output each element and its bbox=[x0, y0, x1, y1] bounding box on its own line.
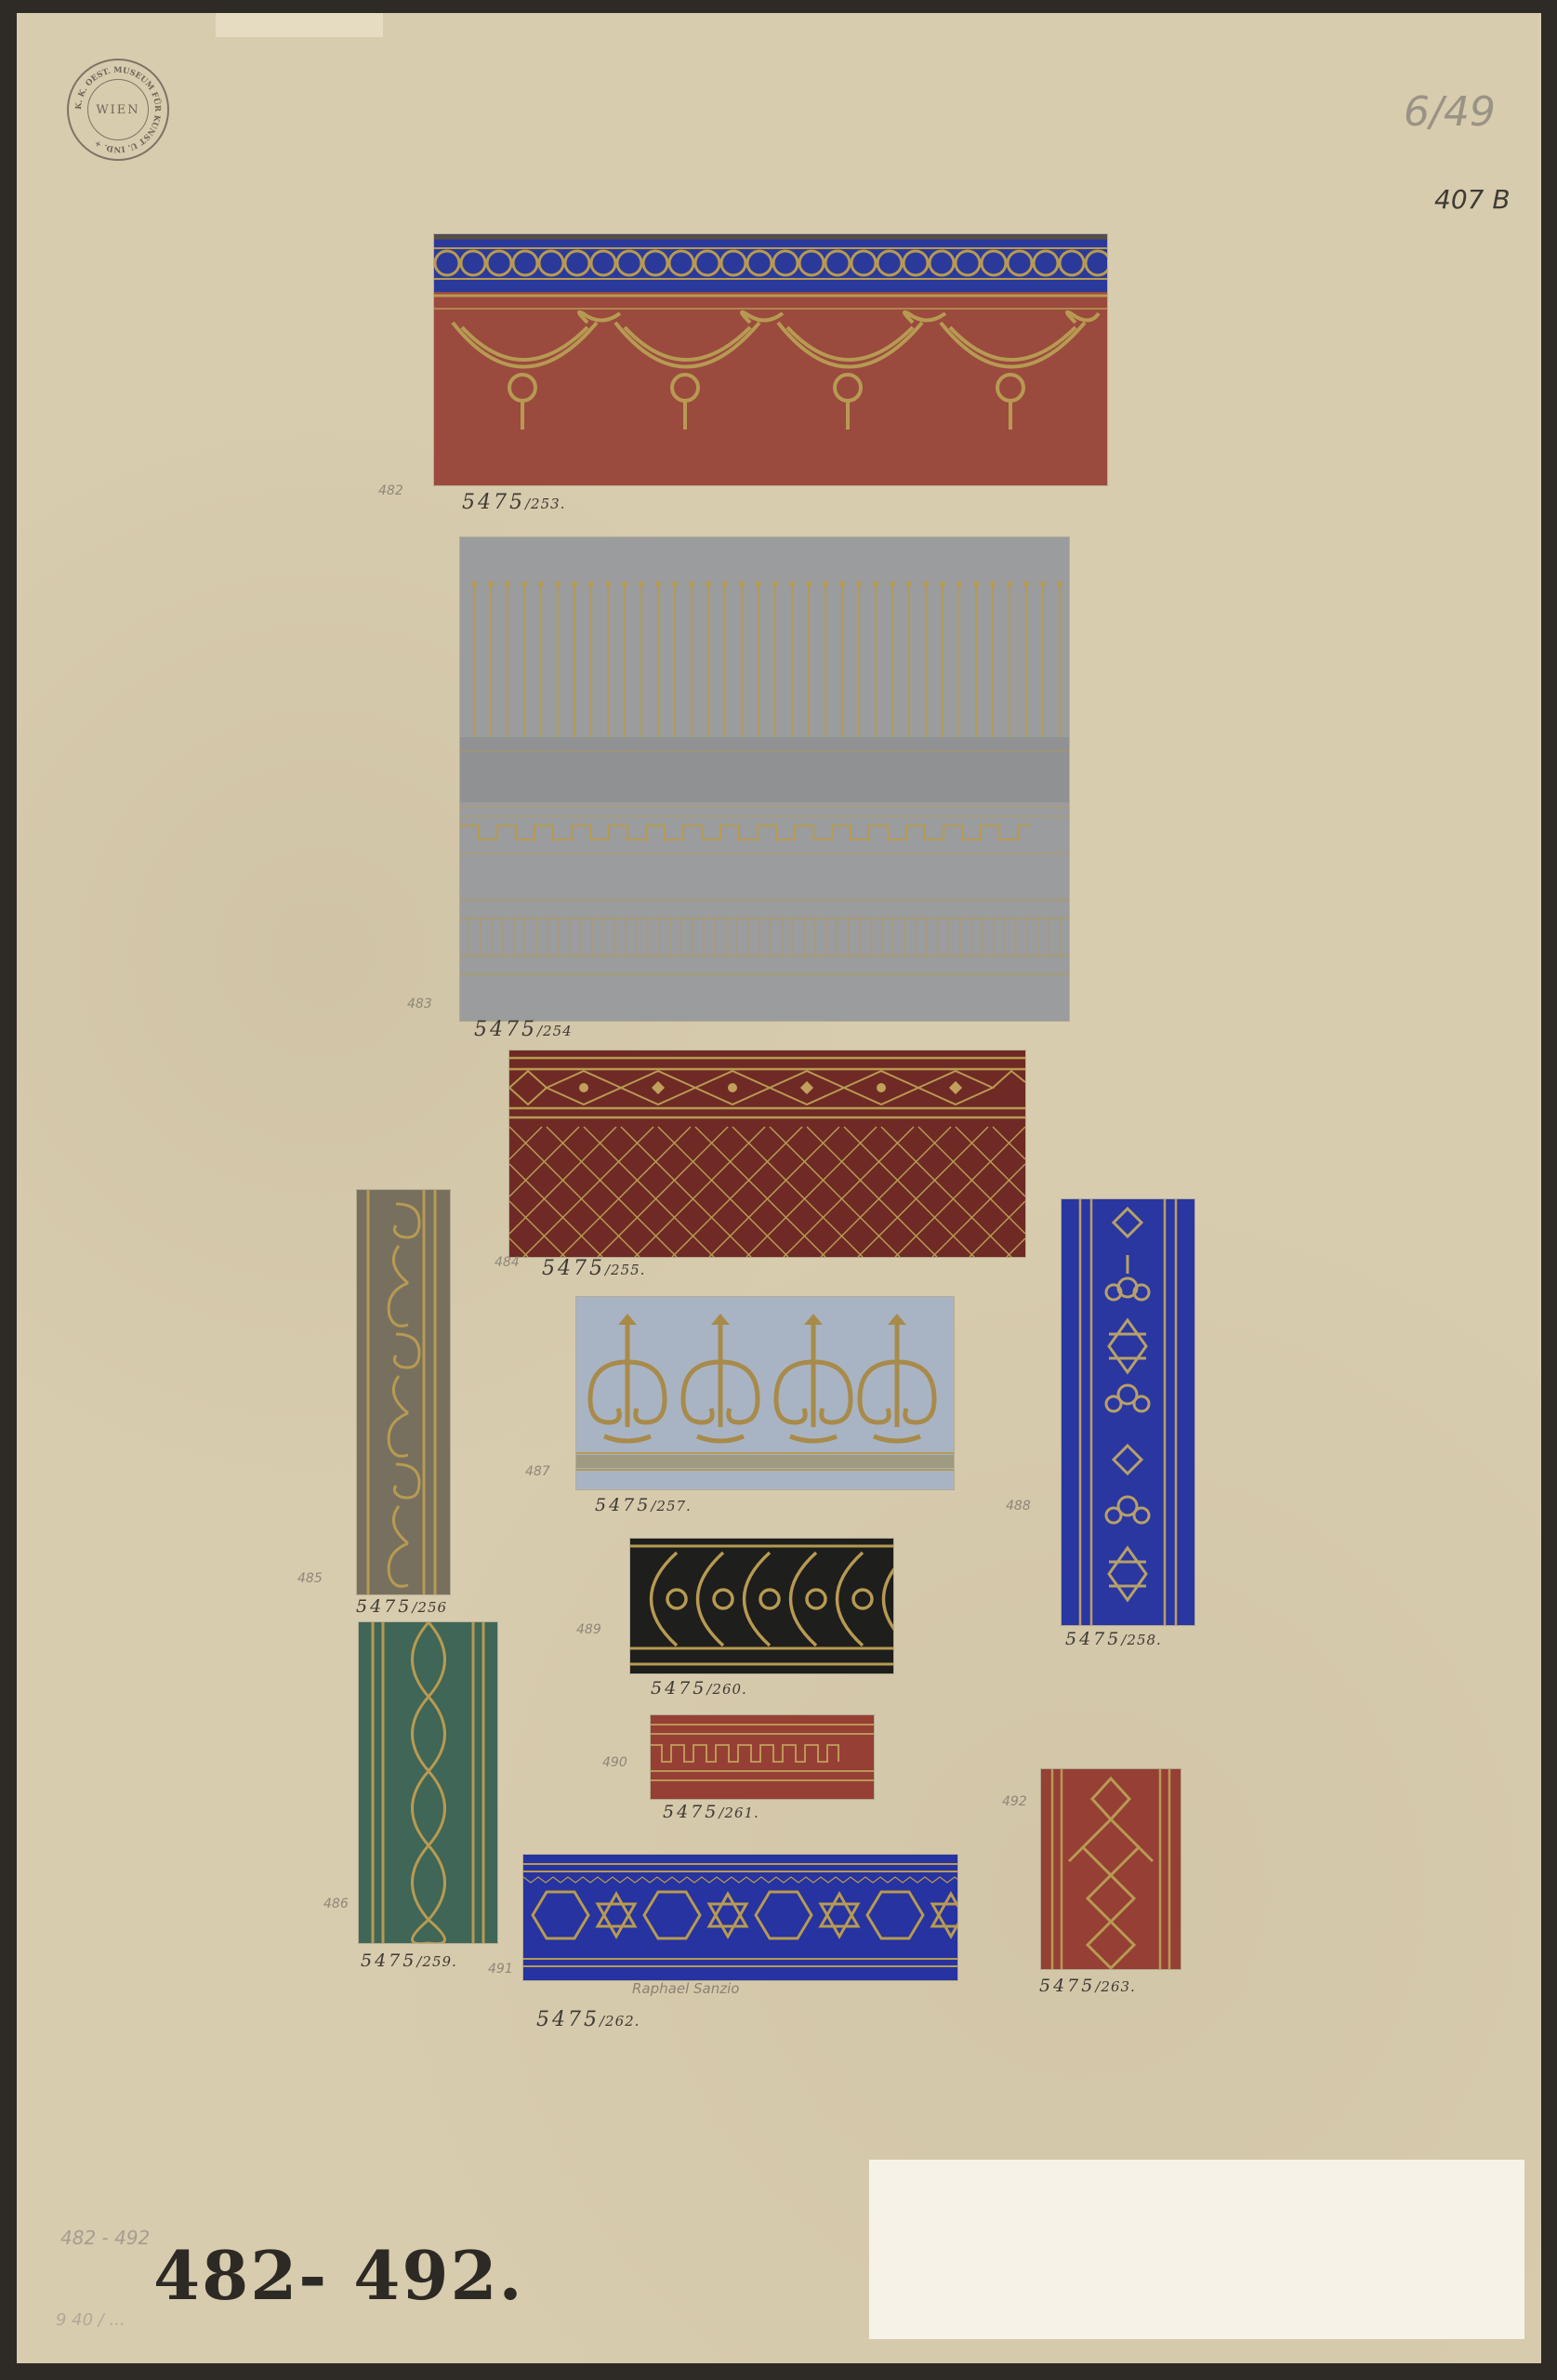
catalog-label-261: 5475/261. bbox=[663, 1802, 759, 1822]
sample-263 bbox=[1041, 1769, 1181, 1969]
pencil-number-488: 488 bbox=[1006, 1499, 1031, 1514]
sample-257 bbox=[576, 1297, 954, 1489]
museum-stamp: K. K. OEST. MUSEUM FÜR KUNST U. IND. + W… bbox=[67, 59, 169, 161]
sample-261 bbox=[651, 1715, 874, 1799]
sample-262 bbox=[523, 1855, 957, 1980]
catalog-label-256: 5475/256 bbox=[356, 1596, 447, 1617]
attribution-note: Raphael Sanzio bbox=[632, 1980, 739, 1997]
greek-key-icon bbox=[651, 1715, 874, 1799]
pin-ornament-icon bbox=[460, 537, 1069, 1021]
pencil-number-482: 482 bbox=[378, 483, 403, 498]
swag-ornament-icon bbox=[434, 234, 1107, 485]
pencil-number-490: 490 bbox=[602, 1755, 627, 1770]
sample-253 bbox=[434, 234, 1107, 485]
catalog-label-255: 5475/255. bbox=[542, 1257, 645, 1280]
pencil-number-487: 487 bbox=[525, 1464, 550, 1479]
sample-258 bbox=[1062, 1199, 1194, 1625]
sample-259 bbox=[359, 1622, 497, 1943]
anthemion-ornament-icon bbox=[576, 1297, 954, 1489]
lozenge-ornament-icon bbox=[1041, 1769, 1181, 1969]
pencil-number-485: 485 bbox=[297, 1571, 323, 1586]
scroll-ornament-icon bbox=[357, 1190, 450, 1594]
faint-range-note: 482 - 492 bbox=[60, 2227, 150, 2249]
pencil-number-492: 492 bbox=[1002, 1794, 1027, 1809]
trellis-ornament-icon bbox=[509, 1051, 1025, 1257]
quatrefoil-ornament-icon bbox=[1062, 1199, 1194, 1625]
stamp-center: WIEN bbox=[87, 79, 149, 140]
catalog-label-253: 5475/253. bbox=[462, 491, 565, 514]
blank-label-area bbox=[869, 2160, 1524, 2339]
catalog-label-262: 5475/262. bbox=[536, 2008, 640, 2031]
paper-tab bbox=[216, 13, 383, 37]
faint-note-2: 9 40 / ... bbox=[56, 2310, 125, 2330]
inventory-code: 407 B bbox=[1434, 184, 1511, 215]
catalog-label-260: 5475/260. bbox=[651, 1678, 747, 1699]
pencil-number-489: 489 bbox=[576, 1622, 601, 1637]
pencil-number-486: 486 bbox=[323, 1897, 349, 1911]
sample-255 bbox=[509, 1051, 1025, 1257]
pencil-sheet-number: 6/49 bbox=[1404, 88, 1496, 136]
pencil-number-491: 491 bbox=[488, 1962, 513, 1977]
pencil-number-483: 483 bbox=[407, 997, 432, 1011]
sample-256 bbox=[357, 1190, 450, 1594]
sheet-range-number: 482- 492. bbox=[153, 2236, 524, 2315]
hexagon-ornament-icon bbox=[523, 1855, 957, 1980]
catalog-label-263: 5475/263. bbox=[1039, 1976, 1136, 1996]
sample-260 bbox=[630, 1539, 893, 1673]
stamp-center-text: WIEN bbox=[96, 103, 139, 117]
sample-254 bbox=[460, 537, 1069, 1021]
arc-ornament-icon bbox=[630, 1539, 893, 1673]
catalog-label-259: 5475/259. bbox=[361, 1950, 457, 1971]
pencil-number-484: 484 bbox=[495, 1255, 520, 1270]
catalog-label-254: 5475/254 bbox=[474, 1018, 573, 1041]
catalog-label-257: 5475/257. bbox=[595, 1495, 692, 1515]
catalog-label-258: 5475/258. bbox=[1065, 1629, 1162, 1649]
interlace-ornament-icon bbox=[359, 1622, 497, 1943]
